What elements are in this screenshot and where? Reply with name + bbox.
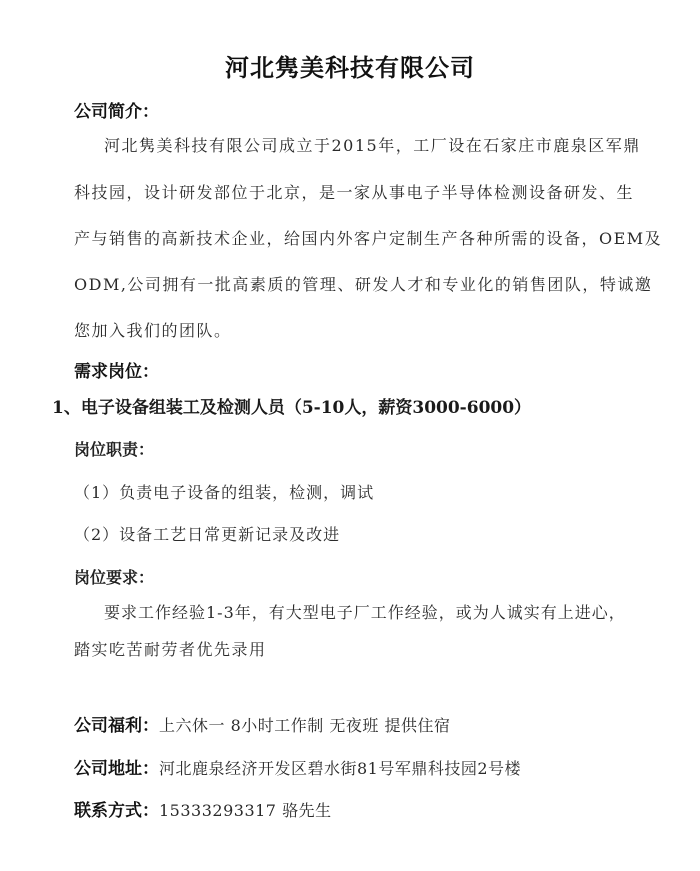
address-row: 公司地址：河北鹿泉经济开发区碧水街81号军鼎科技园2号楼 — [74, 754, 521, 779]
requirements-line: 踏实吃苦耐劳者优先录用 — [74, 637, 267, 660]
intro-line: ODM,公司拥有一批高素质的管理、研发人才和专业化的销售团队，特诚邀 — [74, 272, 652, 295]
intro-line: 河北隽美科技有限公司成立于2015年，工厂设在石家庄市鹿泉区军鼎 — [104, 133, 641, 156]
duties-heading: 岗位职责： — [74, 437, 154, 460]
duty-item: （2）设备工艺日常更新记录及改进 — [74, 522, 340, 545]
address-label: 公司地址： — [74, 759, 159, 779]
intro-line: 您加入我们的团队。 — [74, 318, 232, 341]
contact-label: 联系方式： — [74, 801, 159, 821]
requirements-line: 要求工作经验1-3年，有大型电子厂工作经验，或为人诚实有上进心， — [104, 600, 626, 623]
intro-heading: 公司简介： — [74, 97, 159, 122]
intro-line: 科技园，设计研发部位于北京，是一家从事电子半导体检测设备研发、生 — [74, 180, 634, 203]
positions-heading: 需求岗位： — [74, 357, 159, 382]
intro-line: 产与销售的高新技术企业，给国内外客户定制生产各种所需的设备，OEM及 — [74, 226, 662, 249]
requirements-heading: 岗位要求： — [74, 565, 154, 588]
contact-row: 联系方式：15333293317 骆先生 — [74, 796, 332, 821]
benefits-row: 公司福利：上六休一 8小时工作制 无夜班 提供住宿 — [74, 711, 450, 736]
duty-item: （1）负责电子设备的组装，检测，调试 — [74, 480, 374, 503]
contact-value: 15333293317 骆先生 — [159, 801, 332, 820]
benefits-label: 公司福利： — [74, 716, 159, 736]
document-title: 河北隽美科技有限公司 — [0, 48, 700, 83]
benefits-value: 上六休一 8小时工作制 无夜班 提供住宿 — [159, 716, 450, 735]
job-title: 1、电子设备组装工及检测人员（5-10人，薪资3000-6000） — [52, 393, 531, 418]
address-value: 河北鹿泉经济开发区碧水街81号军鼎科技园2号楼 — [159, 759, 521, 778]
